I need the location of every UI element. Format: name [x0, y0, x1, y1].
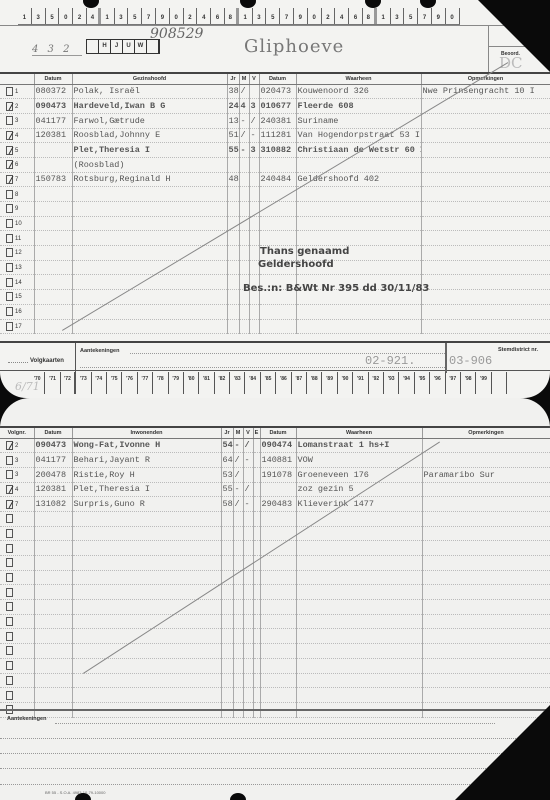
row-number-cell — [0, 541, 34, 556]
col-nr — [0, 73, 34, 84]
head-of-household — [72, 290, 227, 305]
remarks — [421, 157, 550, 172]
destination — [296, 187, 421, 202]
female-mark: / — [249, 113, 259, 128]
checkbox[interactable] — [6, 676, 13, 685]
date-in — [34, 614, 72, 629]
row-number-cell — [0, 614, 34, 629]
row-number: 3 — [15, 472, 18, 478]
letter-box: H — [99, 40, 111, 53]
ruler-divider — [0, 25, 550, 26]
letter-box: W — [135, 40, 147, 53]
table-row — [0, 585, 550, 600]
year-tick: '76 — [122, 372, 137, 394]
col-waarheen: Waarheen — [296, 73, 421, 84]
letter-box — [87, 40, 99, 53]
stamp-line-1: Thans genaamd — [260, 246, 349, 257]
date-in — [34, 673, 72, 688]
year-tick: '90 — [338, 372, 353, 394]
row-number: 9 — [15, 206, 18, 212]
table-row: 3200478Ristie,Roy H53/191078Groeneveen 1… — [0, 467, 550, 482]
col-opmerkingen: Opmerkingen — [422, 427, 550, 438]
row-number: 2 — [15, 104, 18, 110]
stamp-line-2: Geldershoofd — [258, 259, 334, 270]
table-row: 17 — [0, 319, 550, 334]
checkbox[interactable] — [6, 87, 13, 96]
resident-name: Plet,Theresia I — [72, 482, 221, 497]
e-mark — [253, 438, 260, 453]
ruler-digit: 0 — [308, 8, 322, 24]
row-number-cell — [0, 556, 34, 571]
checkbox[interactable] — [6, 234, 13, 243]
destination — [296, 688, 422, 703]
row-number: 4 — [15, 487, 18, 493]
resident-name — [72, 673, 221, 688]
destination — [296, 526, 422, 541]
table-header: Datum Gezinshoofd Jr M V Datum Waarheen … — [0, 73, 550, 84]
ruler-digit: 2 — [184, 8, 198, 24]
table-row — [0, 629, 550, 644]
destination: Groeneveen 176 — [296, 467, 422, 482]
col-waarheen: Waarheen — [296, 427, 422, 438]
date-out — [259, 216, 296, 231]
row-number: 4 — [15, 133, 18, 139]
year-tick: '88 — [307, 372, 322, 394]
date-in — [34, 187, 72, 202]
male-mark — [239, 319, 249, 334]
row-number: 5 — [15, 148, 18, 154]
punch-hole — [75, 793, 91, 800]
head-of-household — [72, 319, 227, 334]
year-tick: '94 — [399, 372, 414, 394]
checkbox[interactable] — [6, 661, 13, 670]
year-tick: '80 — [184, 372, 199, 394]
e-mark — [253, 511, 260, 526]
date-out: 090474 — [260, 438, 296, 453]
row-number: 3 — [15, 458, 18, 464]
registration-card-back: Volgnr. Datum Inwonenden Jr M V E Datum … — [0, 398, 550, 800]
destination: Christiaan de Wetstr 60 II — [296, 143, 421, 158]
date-in — [34, 585, 72, 600]
ruler-digit: 9 — [156, 8, 170, 24]
female-mark — [249, 319, 259, 334]
date-out — [259, 231, 296, 246]
resident-name: Wong-Fat,Ivonne H — [72, 438, 221, 453]
female-mark — [249, 187, 259, 202]
row-number-cell: 14 — [0, 275, 34, 290]
row-number-cell — [0, 688, 34, 703]
row-number: 1 — [15, 89, 18, 95]
row-number-cell — [0, 629, 34, 644]
checkbox[interactable] — [6, 307, 13, 316]
date-in — [34, 216, 72, 231]
head-of-household: Farwol,Gætrude — [72, 113, 227, 128]
date-in — [34, 275, 72, 290]
letter-box: U — [123, 40, 135, 53]
checkbox[interactable] — [6, 646, 13, 655]
e-mark — [253, 526, 260, 541]
e-mark — [253, 600, 260, 615]
e-mark — [253, 453, 260, 468]
print-code: BR 55 - S.O.A. 4983-10-79-10000 — [45, 790, 105, 795]
date-in: 041177 — [34, 453, 72, 468]
year-tick: '99 — [476, 372, 491, 394]
date-out — [260, 585, 296, 600]
destination: Geldershoofd 402 — [296, 172, 421, 187]
head-of-household: Hardeveld,Iwan B G — [72, 99, 227, 114]
table-row — [0, 658, 550, 673]
checkbox[interactable] — [6, 263, 13, 272]
date-in — [34, 260, 72, 275]
year-tick: '79 — [169, 372, 184, 394]
male-mark: / — [239, 128, 249, 143]
year-tick: '87 — [292, 372, 307, 394]
remarks — [421, 187, 550, 202]
remarks — [421, 260, 550, 275]
age: 24 — [227, 99, 239, 114]
female-mark — [243, 644, 253, 659]
checkbox[interactable] — [6, 602, 13, 611]
head-of-household — [72, 202, 227, 217]
row-number: 11 — [15, 236, 21, 242]
ruler-digit: 5 — [266, 8, 280, 24]
letter-boxes-tail — [146, 53, 158, 54]
ruler-digit: 8 — [225, 8, 239, 24]
table-row — [0, 556, 550, 571]
remarks — [421, 246, 550, 261]
checkbox[interactable] — [6, 248, 13, 257]
year-tick: '86 — [276, 372, 291, 394]
checkbox[interactable] — [6, 278, 13, 287]
aantekeningen-label: Aantekeningen — [7, 716, 46, 722]
ruler-digit: 5 — [46, 8, 60, 24]
table-row — [0, 688, 550, 703]
ruler-digit: 9 — [294, 8, 308, 24]
ruler-digit: 5 — [404, 8, 418, 24]
date-out — [260, 629, 296, 644]
row-number-cell: 10 — [0, 216, 34, 231]
table-header: Volgnr. Datum Inwonenden Jr M V E Datum … — [0, 427, 550, 438]
row-number: 15 — [15, 295, 22, 301]
year-tick: '91 — [353, 372, 368, 394]
remarks — [422, 673, 550, 688]
ruler-digit: 5 — [128, 8, 142, 24]
date-in — [34, 202, 72, 217]
checkbox[interactable] — [6, 116, 13, 125]
ruler-digit: 0 — [446, 8, 460, 24]
date-out — [259, 157, 296, 172]
checkbox[interactable] — [6, 160, 13, 169]
female-mark: 3 — [249, 99, 259, 114]
reference-number: 4 3 2 — [32, 44, 82, 56]
date-out: 191078 — [260, 467, 296, 482]
checkbox[interactable] — [6, 558, 13, 567]
row-number-cell: 5 — [0, 143, 34, 158]
age — [221, 614, 233, 629]
male-mark — [239, 246, 249, 261]
destination: Van Hogendorpstraat 53 I — [296, 128, 421, 143]
checkbox[interactable] — [6, 219, 13, 228]
head-of-household — [72, 304, 227, 319]
male-mark: - — [233, 438, 243, 453]
age — [227, 246, 239, 261]
checkbox[interactable] — [6, 470, 13, 479]
date-in — [34, 600, 72, 615]
residents-table: Volgnr. Datum Inwonenden Jr M V E Datum … — [0, 426, 550, 718]
checkbox[interactable] — [6, 441, 13, 450]
date-in — [34, 570, 72, 585]
age — [227, 202, 239, 217]
date-out — [259, 304, 296, 319]
destination — [296, 216, 421, 231]
date-in: 120381 — [34, 482, 72, 497]
remarks — [421, 202, 550, 217]
destination — [296, 614, 422, 629]
checkbox[interactable] — [6, 529, 13, 538]
e-mark — [253, 585, 260, 600]
checkbox[interactable] — [6, 514, 13, 523]
year-tick: '78 — [153, 372, 168, 394]
age: 54 — [221, 438, 233, 453]
date-in — [34, 658, 72, 673]
table-row — [0, 600, 550, 615]
date-in: 090473 — [34, 438, 72, 453]
checkbox[interactable] — [6, 573, 13, 582]
table-row: 8 — [0, 187, 550, 202]
age — [221, 511, 233, 526]
ruler-digit: 9 — [432, 8, 446, 24]
row-number-cell: 12 — [0, 246, 34, 261]
row-number-cell: 15 — [0, 290, 34, 305]
e-mark — [253, 541, 260, 556]
male-mark: / — [233, 497, 243, 512]
male-mark: / — [233, 467, 243, 482]
checkbox[interactable] — [6, 190, 13, 199]
year-tick: '92 — [369, 372, 384, 394]
table-row: 7131082Surpris,Guno R58/-290483Klieverin… — [0, 497, 550, 512]
row-number-cell: 3 — [0, 453, 34, 468]
remarks — [421, 275, 550, 290]
checkbox[interactable] — [6, 204, 13, 213]
date-out — [260, 570, 296, 585]
resident-name: Ristie,Roy H — [72, 467, 221, 482]
female-mark — [249, 84, 259, 99]
destination: Kouwenoord 326 — [296, 84, 421, 99]
date-in — [34, 526, 72, 541]
male-mark — [233, 585, 243, 600]
checkbox[interactable] — [6, 632, 13, 641]
year-tick: '75 — [107, 372, 122, 394]
row-number: 2 — [15, 443, 18, 449]
checkbox[interactable] — [6, 102, 13, 111]
stemdistrict-label: Stemdistrict nr. — [498, 347, 538, 353]
male-mark: 4 — [239, 99, 249, 114]
remarks: Paramaribo Sur — [422, 467, 550, 482]
destination — [296, 600, 422, 615]
checkbox[interactable] — [6, 588, 13, 597]
checkbox[interactable] — [6, 485, 13, 494]
date-out — [260, 658, 296, 673]
checkbox[interactable] — [6, 175, 13, 184]
handwritten-id: 908529 — [150, 26, 203, 42]
male-mark — [233, 644, 243, 659]
remarks — [422, 688, 550, 703]
checkbox[interactable] — [6, 456, 13, 465]
row-number: 12 — [15, 250, 22, 256]
female-mark — [243, 570, 253, 585]
male-mark — [239, 231, 249, 246]
letter-box: J — [111, 40, 123, 53]
year-tick: '73 — [76, 372, 91, 394]
male-mark — [239, 260, 249, 275]
date-out — [260, 600, 296, 615]
checkbox[interactable] — [6, 146, 13, 155]
resident-name — [72, 688, 221, 703]
row-number-cell: 6 — [0, 157, 34, 172]
female-mark: - — [249, 128, 259, 143]
col-inwonenden: Inwonenden — [72, 427, 221, 438]
table-row: 2090473Hardeveld,Iwan B G2443010677Fleer… — [0, 99, 550, 114]
male-mark — [233, 600, 243, 615]
destination — [296, 644, 422, 659]
ruler-digit: 7 — [418, 8, 432, 24]
resident-name: Surpris,Guno R — [72, 497, 221, 512]
punch-ruler: 13502413579024681357902468135790 — [18, 8, 460, 25]
date-in — [34, 143, 72, 158]
row-number-cell: 7 — [0, 172, 34, 187]
date-in — [34, 556, 72, 571]
notes-line — [55, 723, 495, 724]
male-mark — [239, 304, 249, 319]
ruler-digit: 2 — [322, 8, 336, 24]
checkbox[interactable] — [6, 292, 13, 301]
age: 48 — [227, 172, 239, 187]
card-corner-cut — [455, 705, 550, 800]
remarks: Nwe Prinsengracht 10 I — [421, 84, 550, 99]
row-number-cell: 4 — [0, 128, 34, 143]
date-in: 041177 — [34, 113, 72, 128]
date-out — [260, 644, 296, 659]
ruler-digit: 4 — [197, 8, 211, 24]
ruler-digit: 4 — [87, 8, 101, 24]
age — [221, 585, 233, 600]
year-tick: '96 — [430, 372, 445, 394]
row-number-cell — [0, 600, 34, 615]
checkbox[interactable] — [6, 500, 13, 509]
resident-name — [72, 526, 221, 541]
ruler-digit: 0 — [59, 8, 73, 24]
male-mark: - — [233, 482, 243, 497]
female-mark — [243, 600, 253, 615]
aantekeningen-label: Aantekeningen — [80, 348, 119, 354]
checkbox[interactable] — [6, 691, 13, 700]
date-in — [34, 629, 72, 644]
punch-hole — [420, 0, 436, 8]
female-mark: - — [243, 453, 253, 468]
row-number-cell — [0, 570, 34, 585]
date-in: 131082 — [34, 497, 72, 512]
destination — [296, 157, 421, 172]
female-mark — [243, 526, 253, 541]
date-in — [34, 304, 72, 319]
ruler-digit: 0 — [170, 8, 184, 24]
remarks — [422, 629, 550, 644]
e-mark — [253, 658, 260, 673]
checkbox[interactable] — [6, 544, 13, 553]
punch-hole — [365, 0, 381, 8]
destination — [296, 541, 422, 556]
year-tick: '70 — [30, 372, 45, 394]
table-row: 7150783Rotsburg,Reginald H48240484Gelder… — [0, 172, 550, 187]
table-row — [0, 570, 550, 585]
table-row: 11 — [0, 231, 550, 246]
date-out: 111281 — [259, 128, 296, 143]
age — [221, 629, 233, 644]
destination — [296, 673, 422, 688]
row-number-cell: 4 — [0, 482, 34, 497]
checkbox[interactable] — [6, 617, 13, 626]
male-mark: / — [239, 84, 249, 99]
ruler-digit: 6 — [349, 8, 363, 24]
age: 51 — [227, 128, 239, 143]
col-m: M — [233, 427, 243, 438]
remarks — [422, 526, 550, 541]
destination — [296, 585, 422, 600]
punch-hole — [240, 0, 256, 8]
age: 55 — [227, 143, 239, 158]
row-number: 3 — [15, 118, 18, 124]
date-in: 120381 — [34, 128, 72, 143]
year-tick: '77 — [138, 372, 153, 394]
remarks — [421, 290, 550, 305]
date-in — [34, 157, 72, 172]
remarks — [422, 453, 550, 468]
date-out — [260, 511, 296, 526]
row-number: 6 — [15, 162, 18, 168]
female-mark — [249, 157, 259, 172]
male-mark — [233, 526, 243, 541]
age — [221, 526, 233, 541]
age — [221, 600, 233, 615]
destination — [296, 556, 422, 571]
male-mark — [233, 556, 243, 571]
year-tick — [492, 372, 507, 394]
head-of-household: Rotsburg,Reginald H — [72, 172, 227, 187]
checkbox[interactable] — [6, 131, 13, 140]
female-mark — [243, 658, 253, 673]
date-out: 140881 — [260, 453, 296, 468]
head-of-household — [72, 216, 227, 231]
remarks — [421, 319, 550, 334]
row-number: 7 — [15, 502, 18, 508]
female-mark — [249, 172, 259, 187]
resident-name — [72, 541, 221, 556]
row-number-cell — [0, 673, 34, 688]
age: 64 — [221, 453, 233, 468]
resident-name — [72, 644, 221, 659]
remarks — [422, 644, 550, 659]
table-row — [0, 614, 550, 629]
stemdistrict-box: Stemdistrict nr. 03-906 — [445, 343, 550, 373]
e-mark — [253, 467, 260, 482]
date-in: 150783 — [34, 172, 72, 187]
stamp-line-3: Bes.:n: B&Wt Nr 395 dd 30/11/83 — [243, 283, 429, 294]
checkbox[interactable] — [6, 322, 13, 331]
destination — [296, 629, 422, 644]
row-number: 17 — [15, 324, 22, 330]
head-of-household: Polak, Israël — [72, 84, 227, 99]
table-row: 5Plet,Theresia I55-3310882Christiaan de … — [0, 143, 550, 158]
